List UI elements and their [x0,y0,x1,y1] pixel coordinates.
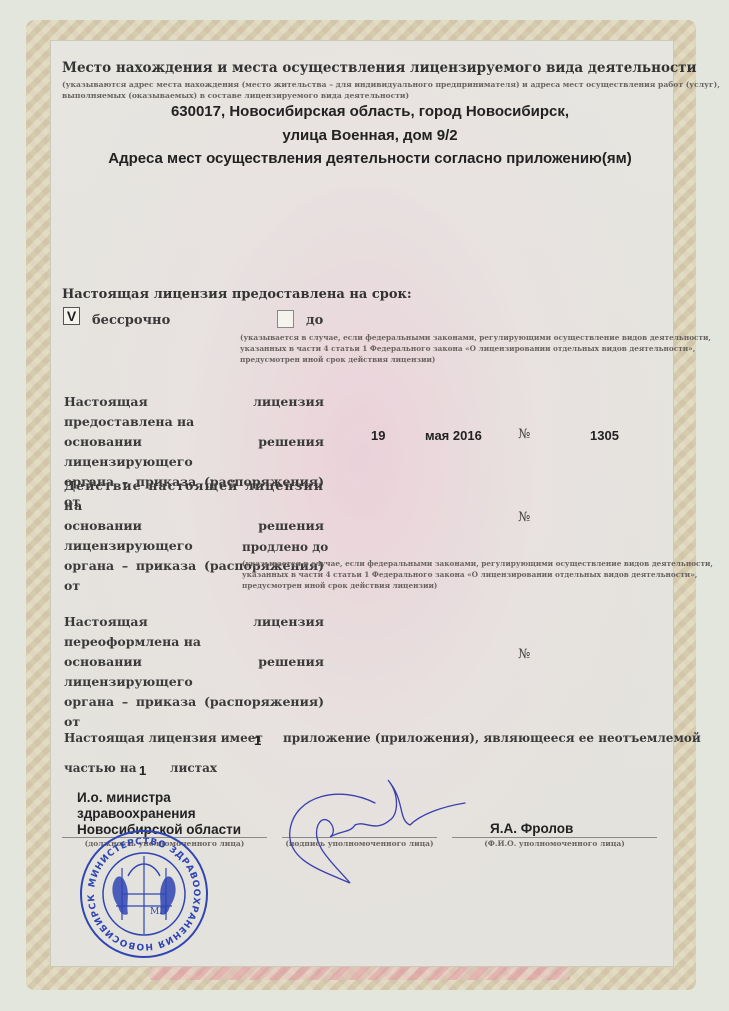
appendix-count: 1 [254,733,261,748]
svg-text:МП: МП [150,907,167,917]
granted-line-2: основании решения лицензирующего [64,432,324,472]
appendix-suffix: приложение (приложения), являющееся ее н… [283,731,701,745]
granted-number-sign: № [518,427,530,442]
svg-text:МИНИСТЕРСТВО ЗДРАВООХРАНЕНИЯ Н: МИНИСТЕРСТВО ЗДРАВООХРАНЕНИЯ НОВОСИБИРСК… [78,828,201,951]
granted-day: 19 [371,428,385,443]
signer-position-line-2: здравоохранения [77,806,241,822]
name-line [452,837,657,838]
extended-note-2: указанных в части 4 статьи 1 Федеральног… [242,569,697,580]
until-label: до [306,313,323,328]
extended-until-label: продлено до [242,540,328,554]
signer-name: Я.А. Фролов [490,821,573,837]
extended-number-sign: № [518,510,530,525]
until-checkbox[interactable] [277,310,294,328]
reissued-basis: Настоящая лицензия переоформлена на осно… [64,612,324,732]
official-stamp: МИНИСТЕРСТВО ЗДРАВООХРАНЕНИЯ НОВОСИБИРСК… [78,828,210,960]
sheets-count: 1 [139,763,146,778]
location-heading: Место нахождения и места осуществления л… [62,60,697,76]
term-note-3: предусмотрен иной срок действия лицензии… [240,354,435,365]
reissued-number-sign: № [518,647,530,662]
granted-month-year: мая 2016 [425,428,482,443]
unlimited-label: бессрочно [92,313,170,328]
appendix-prefix: Настоящая лицензия имеет [64,731,263,745]
sheets-suffix: листах [170,761,217,775]
granted-line-1: Настоящая лицензия предоставлена на [64,392,324,432]
address-line-1: 630017, Новосибирская область, город Нов… [60,103,680,120]
term-note-1: (указывается в случае, если федеральными… [240,332,711,343]
sheets-prefix: частью на [64,761,137,775]
reissued-line-3: органа – приказа (распоряжения) от [64,692,324,732]
granted-order-number: 1305 [590,428,619,443]
extended-note-3: предусмотрен иной срок действия лицензии… [242,580,437,591]
term-heading: Настоящая лицензия предоставлена на срок… [62,287,412,302]
reissued-line-1: Настоящая лицензия переоформлена на [64,612,324,652]
reissued-line-2: основании решения лицензирующего [64,652,324,692]
unlimited-checkbox[interactable]: V [63,307,80,325]
address-line-3: Адреса мест осуществления деятельности с… [60,150,680,167]
term-note-2: указанных в части 4 статьи 1 Федеральног… [240,343,695,354]
address-line-2: улица Военная, дом 9/2 [60,127,680,144]
name-caption: (Ф.И.О. уполномоченного лица) [452,839,657,848]
extended-line-1: Действие настоящей лицензии на [64,476,324,516]
handwritten-signature [280,775,480,885]
signer-position-line-1: И.о. министра [77,790,241,806]
extended-note-1: (указывается в случае, если федеральными… [242,558,713,569]
location-note-1: (указываются адрес места нахождения (мес… [62,79,672,90]
location-note-2: выполняемых (оказываемых) в составе лице… [62,90,409,101]
